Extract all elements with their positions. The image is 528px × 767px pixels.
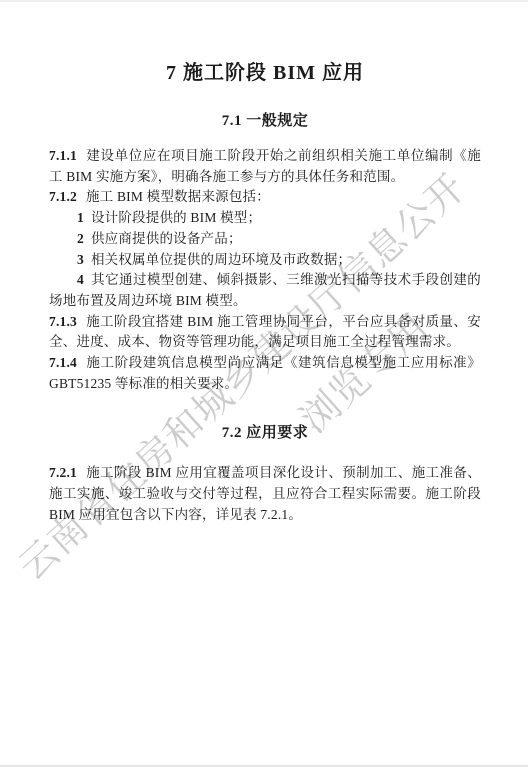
clause-text: 施工阶段宜搭建 BIM 施工管理协同平台，平台应具备对质量、安全、进度、成本、物…	[49, 314, 481, 350]
subitem-text: 设计阶段提供的 BIM 模型；	[91, 210, 261, 225]
subitem-text: 其它通过模型创建、倾斜摄影、三维激光扫描等技术手段创建的场地布置及周边环境 BI…	[49, 272, 481, 308]
subitem-text: 供应商提供的设备产品；	[91, 231, 242, 246]
clause-7-1-3: 7.1.3施工阶段宜搭建 BIM 施工管理协同平台，平台应具备对质量、安全、进度…	[49, 312, 481, 353]
section-7-2-body: 7.2.1施工阶段 BIM 应用宜覆盖项目深化设计、预制加工、施工准备、施工实施…	[49, 463, 481, 525]
clause-text: 施工阶段 BIM 应用宜覆盖项目深化设计、预制加工、施工准备、施工实施、竣工验收…	[49, 465, 481, 521]
clause-7-2-1: 7.2.1施工阶段 BIM 应用宜覆盖项目深化设计、预制加工、施工准备、施工实施…	[49, 463, 481, 525]
clause-number: 7.2.1	[49, 465, 77, 480]
section-7-2-heading: 7.2 应用要求	[49, 424, 481, 442]
chapter-title: 7 施工阶段 BIM 应用	[49, 60, 481, 86]
clause-text: 施工阶段建筑信息模型尚应满足《建筑信息模型施工应用标准》GBT51235 等标准…	[49, 355, 481, 391]
clause-number: 7.1.4	[49, 355, 77, 370]
subitem-number: 2	[77, 231, 84, 246]
page-top-edge	[0, 0, 528, 2]
clause-number: 7.1.3	[49, 314, 77, 329]
section-7-1-heading: 7.1 一般规定	[49, 112, 481, 130]
clause-7-1-1: 7.1.1建设单位应在项目施工阶段开始之前组织相关施工单位编制《施工 BIM 实…	[49, 146, 481, 187]
clause-text: 施工 BIM 模型数据来源包括：	[86, 189, 270, 204]
clause-7-1-4: 7.1.4施工阶段建筑信息模型尚应满足《建筑信息模型施工应用标准》GBT5123…	[49, 353, 481, 394]
subitem-text: 相关权属单位提供的周边环境及市政数据；	[91, 252, 351, 267]
section-7-1-body: 7.1.1建设单位应在项目施工阶段开始之前组织相关施工单位编制《施工 BIM 实…	[49, 146, 481, 394]
clause-number: 7.1.2	[49, 189, 77, 204]
subitem-2: 2供应商提供的设备产品；	[49, 229, 481, 250]
document-content: 7 施工阶段 BIM 应用 7.1 一般规定 7.1.1建设单位应在项目施工阶段…	[0, 60, 528, 526]
subitem-1: 1设计阶段提供的 BIM 模型；	[49, 208, 481, 229]
subitem-number: 1	[77, 210, 84, 225]
clause-text: 建设单位应在项目施工阶段开始之前组织相关施工单位编制《施工 BIM 实施方案》，…	[49, 148, 481, 184]
subitem-number: 4	[77, 272, 84, 287]
document-page: 云南省住房和城乡建设厅信息公开 浏览专用 7 施工阶段 BIM 应用 7.1 一…	[0, 0, 528, 767]
subitem-4: 4其它通过模型创建、倾斜摄影、三维激光扫描等技术手段创建的场地布置及周边环境 B…	[49, 270, 481, 311]
subitem-number: 3	[77, 252, 84, 267]
subitem-3: 3相关权属单位提供的周边环境及市政数据；	[49, 250, 481, 271]
clause-number: 7.1.1	[49, 148, 77, 163]
clause-7-1-2: 7.1.2施工 BIM 模型数据来源包括：	[49, 187, 481, 208]
